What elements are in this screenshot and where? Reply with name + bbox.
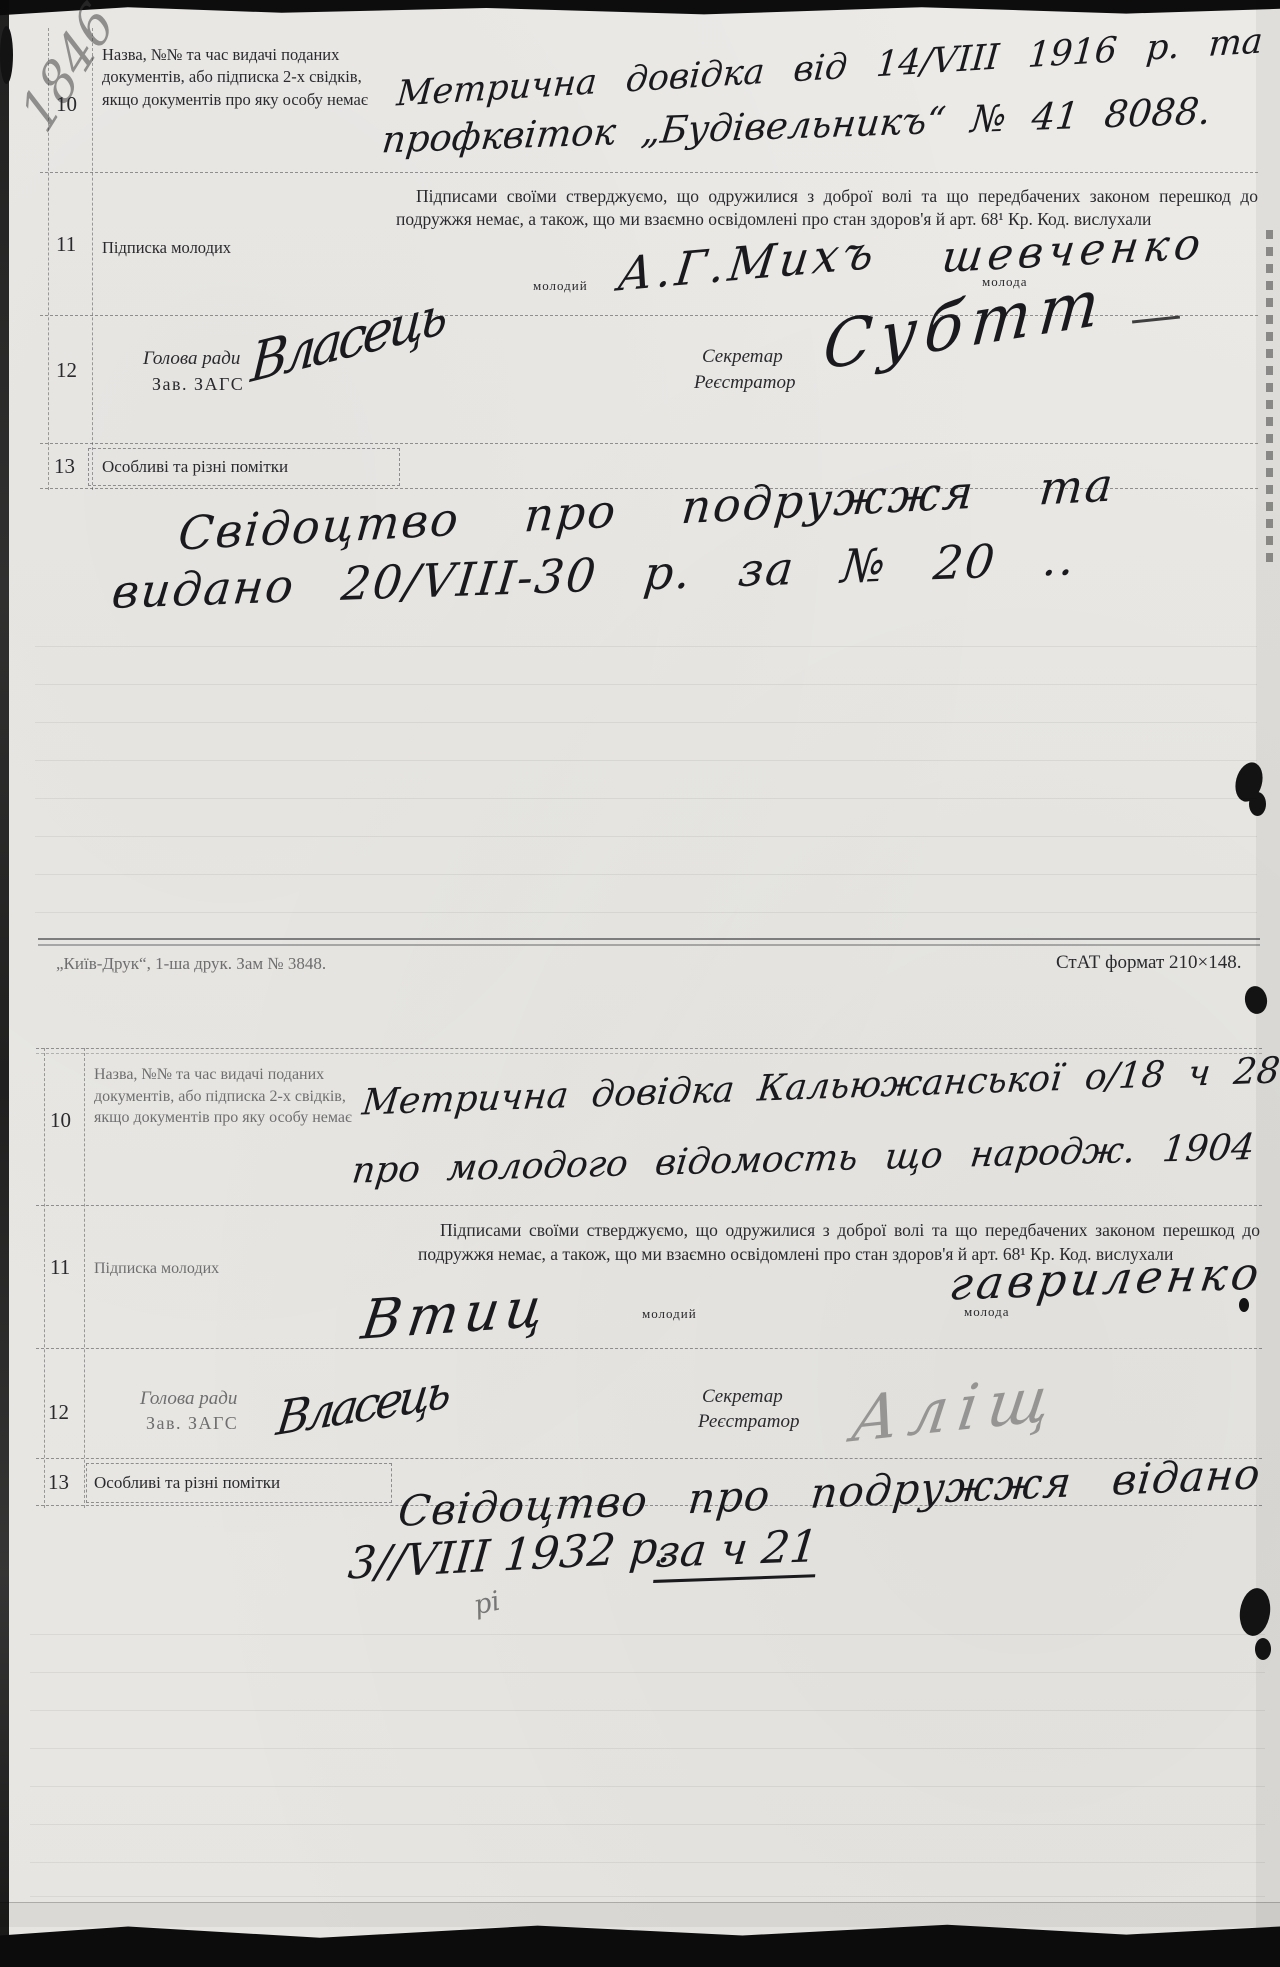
- ruled-line: [35, 760, 1257, 761]
- ruled-line: [30, 1710, 1265, 1711]
- ink-blot: [0, 26, 13, 84]
- chair-label-line2: Зав. ЗАГС: [152, 374, 244, 395]
- pen-stroke: [1132, 315, 1180, 323]
- secretary-signature: Аліщ: [847, 1360, 1065, 1456]
- chair-signature: Власець: [274, 1364, 451, 1447]
- chair-label-line1: Голова ради: [143, 348, 240, 370]
- row-separator: [36, 1205, 1262, 1206]
- row10-label: Назва, №№ та час видачі поданих документ…: [94, 1064, 376, 1129]
- right-edge-bleed-text: [1266, 230, 1273, 570]
- secretary-label-line2: Реєстратор: [698, 1411, 800, 1433]
- ruled-line: [30, 1896, 1265, 1897]
- scan-top-edge: [0, 0, 1280, 16]
- row10-label: Назва, №№ та час видачі поданих документ…: [102, 44, 390, 111]
- row-number-10: 10: [50, 1108, 71, 1133]
- certificate-note-date: 3//VIII 1932 р.: [346, 1521, 674, 1589]
- groom-signature: Втиц: [358, 1275, 554, 1352]
- chair-label-line2: Зав. ЗАГС: [146, 1413, 238, 1434]
- ruled-line: [35, 798, 1257, 799]
- ruled-line: [30, 1862, 1265, 1863]
- ruled-line: [30, 1672, 1265, 1673]
- ink-blot: [1255, 1638, 1271, 1660]
- secretary-label-line2: Реєстратор: [694, 372, 796, 394]
- row10-handwritten-entry-line2: про молодого відомость що народж. 1904 р…: [350, 1125, 1280, 1191]
- row10-handwritten-entry-line1: Метрична довідка Кальюжанської о/18 ч 28…: [360, 1049, 1280, 1123]
- row-number-13: 13: [54, 454, 75, 479]
- groom-signature: А.Г.Михъ: [615, 224, 881, 301]
- chair-signature: Власець: [249, 284, 446, 395]
- row13-label: Особливі та різні помітки: [102, 457, 288, 477]
- ruled-line: [30, 1748, 1265, 1749]
- row-number-11: 11: [56, 232, 76, 257]
- bride-signature: гавриленко: [946, 1246, 1266, 1310]
- row-separator: [40, 172, 1258, 173]
- ruled-line: [35, 912, 1257, 913]
- groom-role-label: молодий: [642, 1306, 697, 1322]
- format-imprint: СтАТ формат 210×148.: [1056, 952, 1242, 974]
- groom-role-label: молодий: [533, 278, 588, 294]
- row11-label: Підписка молодих: [102, 238, 231, 258]
- row-separator: [40, 443, 1258, 444]
- row-number-13: 13: [48, 1470, 69, 1495]
- ruled-line: [35, 646, 1257, 647]
- row-number-12: 12: [48, 1400, 69, 1425]
- row13-label: Особливі та різні помітки: [94, 1473, 280, 1493]
- row-number-11: 11: [50, 1255, 70, 1280]
- scan-left-edge: [0, 0, 9, 1967]
- scanned-document-page: 1846 10 Назва, №№ та час видачі поданих …: [0, 0, 1280, 1967]
- footer-rule: [38, 938, 1260, 940]
- secretary-label-line1: Секретар: [702, 1386, 783, 1408]
- chair-label-line1: Голова ради: [140, 1388, 237, 1410]
- ruled-line: [35, 684, 1257, 685]
- row11-label: Підписка молодих: [94, 1260, 219, 1278]
- page-bottom-margin: [0, 1903, 1280, 1927]
- form-grid-vline: [92, 28, 93, 490]
- certificate-note-line1: Свідоцтво про подружжя відано: [396, 1449, 1263, 1536]
- footer-rule: [38, 944, 1260, 946]
- ruled-line: [35, 722, 1257, 723]
- ruled-line: [35, 874, 1257, 875]
- ruled-line: [30, 1634, 1265, 1635]
- section-top-rule: [36, 1048, 1262, 1049]
- form-grid-vline: [48, 28, 49, 490]
- form-grid-vline: [84, 1048, 85, 1508]
- pencil-scribble: рі: [471, 1586, 503, 1622]
- scan-bottom-edge: [0, 1922, 1280, 1967]
- ruled-line: [30, 1786, 1265, 1787]
- certificate-note-number: за ч 21: [653, 1521, 820, 1583]
- row-number-10: 10: [56, 92, 77, 117]
- printshop-imprint: „Київ-Друк“, 1-ша друк. Зам № 3848.: [56, 954, 326, 974]
- ruled-line: [30, 1824, 1265, 1825]
- row-number-12: 12: [56, 358, 77, 383]
- secretary-label-line1: Секретар: [702, 346, 783, 368]
- row-separator: [36, 1348, 1262, 1349]
- ruled-line: [35, 836, 1257, 837]
- form-grid-vline: [44, 1048, 45, 1508]
- section-top-rule: [36, 1053, 1262, 1054]
- ink-blot: [1249, 792, 1266, 816]
- secretary-signature: Субтт: [820, 265, 1110, 386]
